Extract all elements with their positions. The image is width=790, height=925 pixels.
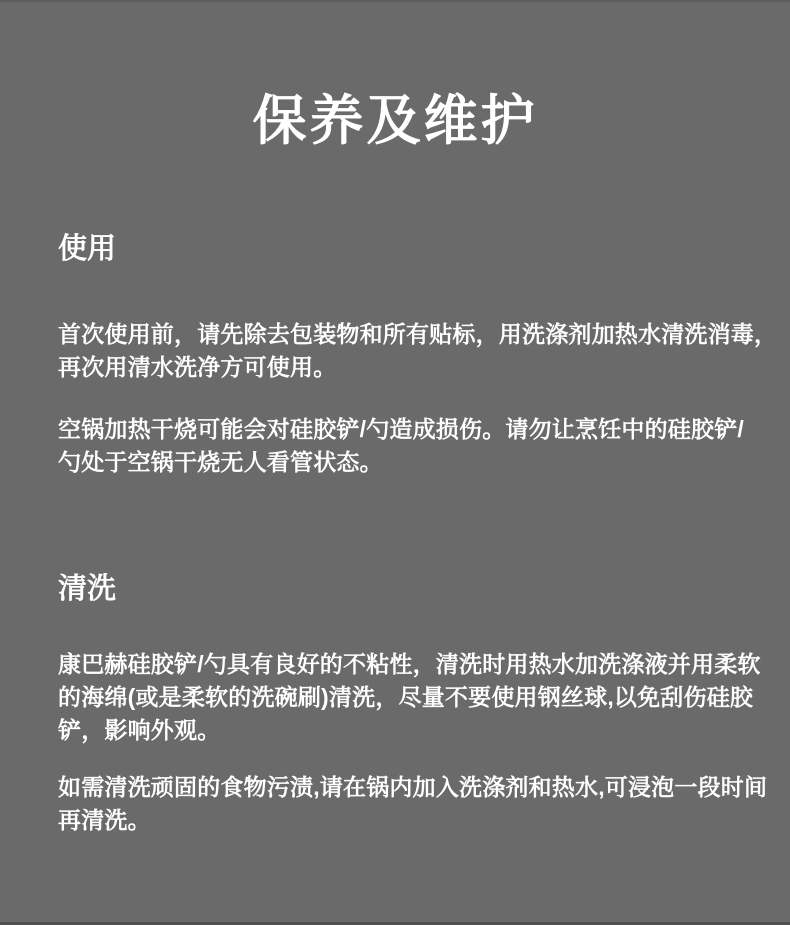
- cleaning-paragraph-2: 如需清洗顽固的食物污渍,请在锅内加入洗涤剂和热水,可浸泡一段时间 再清洗。: [58, 771, 758, 837]
- text-line: 的海绵(或是柔软的洗碗刷)清洗，尽量不要使用钢丝球,以免刮伤硅胶: [58, 681, 758, 714]
- usage-paragraph-1: 首次使用前，请先除去包装物和所有贴标，用洗涤剂加热水清洗消毒， 再次用清水洗净方…: [58, 318, 758, 384]
- text-line: 勺处于空锅干烧无人看管状态。: [58, 446, 758, 479]
- page-title: 保养及维护: [0, 90, 790, 152]
- text-line: 铲，影响外观。: [58, 714, 758, 747]
- text-line: 空锅加热干烧可能会对硅胶铲/勺造成损伤。请勿让烹饪中的硅胶铲/: [58, 413, 758, 446]
- text-line: 如需清洗顽固的食物污渍,请在锅内加入洗涤剂和热水,可浸泡一段时间: [58, 771, 758, 804]
- cleaning-paragraph-1: 康巴赫硅胶铲/勺具有良好的不粘性，清洗时用热水加洗涤液并用柔软 的海绵(或是柔软…: [58, 648, 758, 747]
- section-heading-cleaning: 清洗: [58, 571, 116, 607]
- section-heading-usage: 使用: [58, 231, 116, 267]
- top-edge-divider: [0, 0, 790, 2]
- text-line: 康巴赫硅胶铲/勺具有良好的不粘性，清洗时用热水加洗涤液并用柔软: [58, 648, 758, 681]
- text-line: 首次使用前，请先除去包装物和所有贴标，用洗涤剂加热水清洗消毒，: [58, 318, 758, 351]
- usage-paragraph-2: 空锅加热干烧可能会对硅胶铲/勺造成损伤。请勿让烹饪中的硅胶铲/ 勺处于空锅干烧无…: [58, 413, 758, 479]
- care-and-maintenance-page: 保养及维护 使用 首次使用前，请先除去包装物和所有贴标，用洗涤剂加热水清洗消毒，…: [0, 0, 790, 925]
- text-line: 再清洗。: [58, 804, 758, 837]
- text-line: 再次用清水洗净方可使用。: [58, 351, 758, 384]
